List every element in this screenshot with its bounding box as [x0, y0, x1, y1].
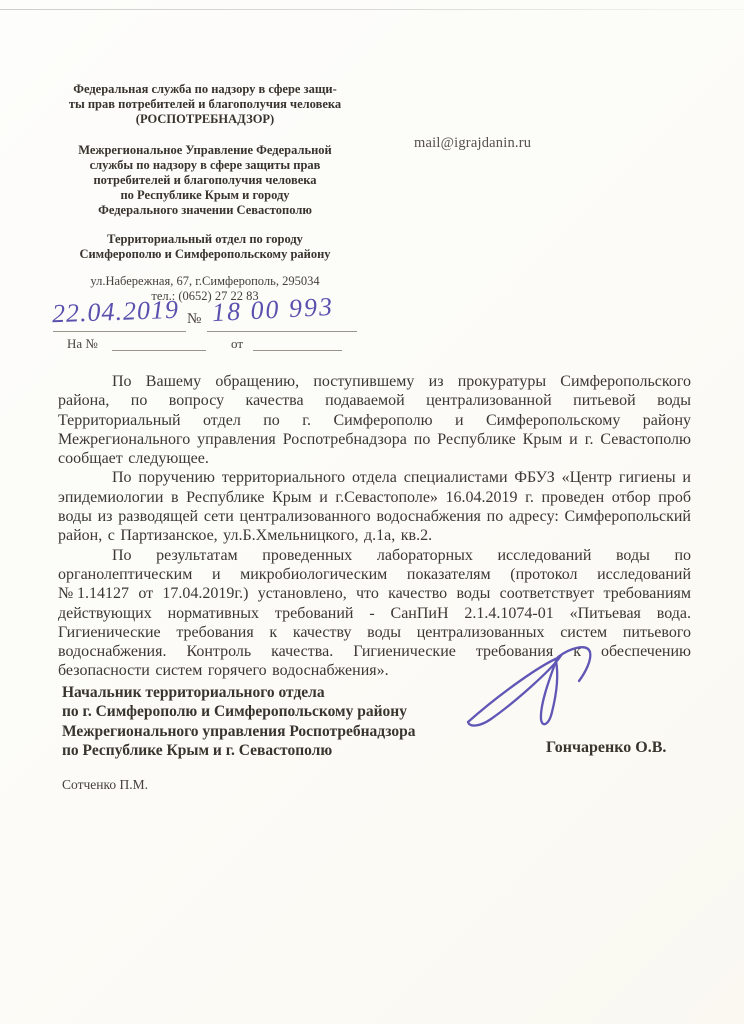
incoming-number-label: На № — [67, 336, 98, 352]
position-line: Начальник территориального отдела — [62, 683, 492, 702]
letter-body: По Вашему обращению, поступившему из про… — [58, 372, 691, 681]
department-line: потребителей и благополучия человека — [55, 173, 355, 188]
handwritten-outgoing-date: 22.04.2019 — [52, 295, 180, 329]
postal-address: ул.Набережная, 67, г.Симферополь, 295034 — [55, 274, 355, 289]
division-line: Территориальный отдел по городу — [55, 232, 355, 247]
department-line: службы по надзору в сфере защиты прав — [55, 158, 355, 173]
signer-name: Гончаренко О.В. — [546, 739, 666, 757]
form-underline — [253, 350, 342, 351]
executor-name: Сотченко П.М. — [62, 777, 148, 793]
scanned-letter-page: Федеральная служба по надзору в сфере за… — [0, 0, 744, 1024]
department-line: Федерального значении Севастополю — [55, 203, 355, 218]
department-name: Межрегиональное Управление Федеральной с… — [55, 143, 355, 219]
agency-line: ты прав потребителей и благополучия чело… — [55, 97, 355, 112]
position-line: по Республике Крым и г. Севастополю — [62, 741, 492, 760]
email-address: mail@igrajdanin.ru — [414, 135, 531, 152]
division-line: Симферополю и Симферопольскому району — [55, 247, 355, 262]
scan-edge-line — [0, 9, 744, 10]
agency-name: Федеральная служба по надзору в сфере за… — [55, 82, 355, 128]
incoming-from-label: от — [231, 336, 243, 352]
position-line: Межрегионального управления Роспотребнад… — [62, 722, 492, 741]
territorial-division-name: Территориальный отдел по городу Симфероп… — [55, 232, 355, 262]
letterhead: Федеральная служба по надзору в сфере за… — [55, 82, 355, 304]
handwritten-outgoing-number: 18 00 993 — [211, 292, 334, 328]
position-line: по г. Симферополю и Симферопольскому рай… — [62, 702, 492, 721]
body-paragraph: По Вашему обращению, поступившему из про… — [58, 372, 691, 468]
department-line: по Республике Крым и городу — [55, 188, 355, 203]
form-underline — [112, 350, 206, 351]
department-line: Межрегиональное Управление Федеральной — [55, 143, 355, 158]
body-paragraph: По поручению территориального отдела спе… — [58, 468, 691, 545]
agency-line: Федеральная служба по надзору в сфере за… — [55, 82, 355, 97]
form-underline — [207, 331, 357, 332]
agency-line: (РОСПОТРЕБНАДЗОР) — [55, 112, 355, 127]
number-sign-label: № — [187, 311, 201, 328]
signer-position-block: Начальник территориального отдела по г. … — [62, 683, 492, 760]
form-underline — [53, 331, 186, 332]
